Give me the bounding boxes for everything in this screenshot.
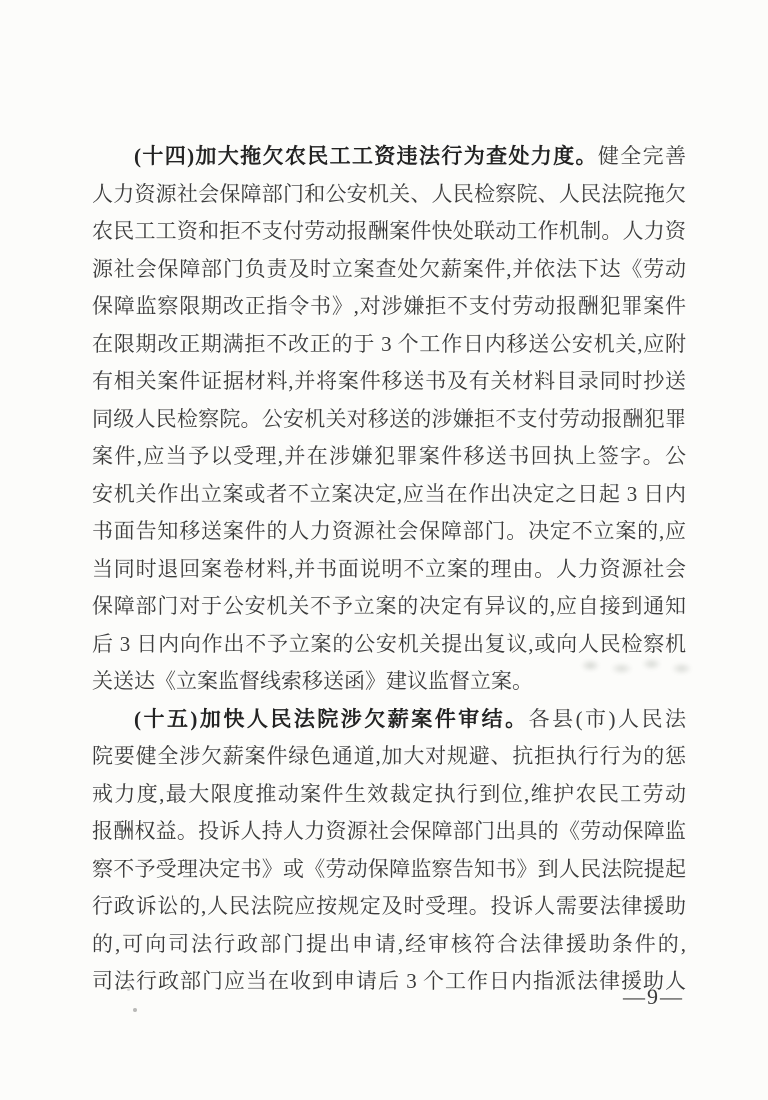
- text-line: 人力资源社会保障部门和公安机关、人民检察院、人民法院拖欠: [92, 176, 686, 214]
- text-line: 在限期改正期满拒不改正的于 3 个工作日内移送公安机关,应附: [92, 326, 686, 364]
- scan-smudge-artifact: [576, 652, 696, 682]
- scan-speck-artifact: [127, 988, 130, 991]
- text-line: 察不予受理决定书》或《劳动保障监察告知书》到人民法院提起: [92, 851, 686, 889]
- document-body: (十四)加大拖欠农民工工资违法行为查处力度。健全完善 人力资源社会保障部门和公安…: [92, 138, 686, 1001]
- text-line: 院要健全涉欠薪案件绿色通道,加大对规避、抗拒执行行为的惩: [92, 738, 686, 776]
- clause-15-first-line-rest: 各县(市)人民法: [529, 707, 686, 731]
- clause-14-first-line: (十四)加大拖欠农民工工资违法行为查处力度。健全完善: [92, 138, 686, 176]
- text-line: 当同时退回案卷材料,并书面说明不立案的理由。人力资源社会: [92, 551, 686, 589]
- page-number: —9—: [623, 982, 684, 1012]
- text-line: 保障部门对于公安机关不予立案的决定有异议的,应自接到通知: [92, 588, 686, 626]
- text-line: 行政诉讼的,人民法院应按规定及时受理。投诉人需要法律援助: [92, 888, 686, 926]
- text-line: 司法行政部门应当在收到申请后 3 个工作日内指派法律援助人: [92, 963, 686, 1001]
- clause-15-heading: (十五)加快人民法院涉欠薪案件审结。: [134, 707, 529, 731]
- clause-14-first-line-rest: 健全完善: [598, 144, 686, 168]
- clause-15-first-line: (十五)加快人民法院涉欠薪案件审结。各县(市)人民法: [92, 701, 686, 739]
- text-line: 的,可向司法行政部门提出申请,经审核符合法律援助条件的,: [92, 926, 686, 964]
- text-line: 书面告知移送案件的人力资源社会保障部门。决定不立案的,应: [92, 513, 686, 551]
- text-line: 源社会保障部门负责及时立案查处欠薪案件,并依法下达《劳动: [92, 251, 686, 289]
- text-line: 戒力度,最大限度推动案件生效裁定执行到位,维护农民工劳动: [92, 776, 686, 814]
- text-line: 安机关作出立案或者不立案决定,应当在作出决定之日起 3 日内: [92, 476, 686, 514]
- text-line: 保障监察限期改正指令书》,对涉嫌拒不支付劳动报酬犯罪案件: [92, 288, 686, 326]
- text-line: 农民工工资和拒不支付劳动报酬案件快处联动工作机制。人力资: [92, 213, 686, 251]
- scanned-document-page: (十四)加大拖欠农民工工资违法行为查处力度。健全完善 人力资源社会保障部门和公安…: [0, 0, 768, 1100]
- text-line: 同级人民检察院。公安机关对移送的涉嫌拒不支付劳动报酬犯罪: [92, 401, 686, 439]
- text-line: 案件,应当予以受理,并在涉嫌犯罪案件移送书回执上签字。公: [92, 438, 686, 476]
- text-line: 报酬权益。投诉人持人力资源社会保障部门出具的《劳动保障监: [92, 813, 686, 851]
- scan-speck-artifact: [133, 1008, 137, 1012]
- text-line: 有相关案件证据材料,并将案件移送书及有关材料目录同时抄送: [92, 363, 686, 401]
- clause-14-heading: (十四)加大拖欠农民工工资违法行为查处力度。: [134, 144, 598, 168]
